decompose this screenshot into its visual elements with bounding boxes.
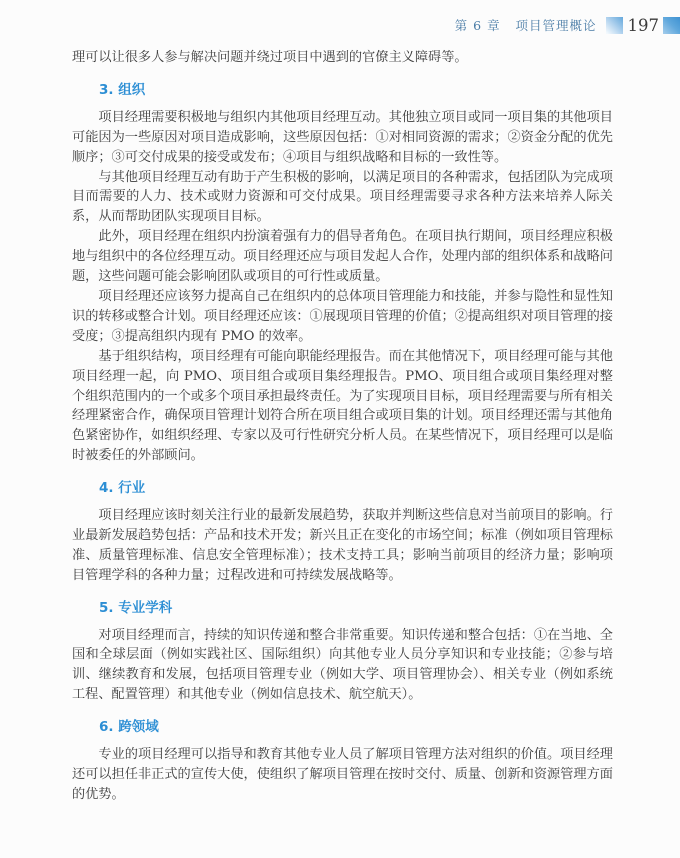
paragraph: 专业的项目经理可以指导和教育其他专业人员了解项目管理方法对组织的价值。项目经理还…	[72, 745, 613, 805]
section-heading-organization: 3. 组织	[72, 81, 613, 101]
paragraph: 与其他项目经理互动有助于产生积极的影响，以满足项目的各种需求，包括团队为完成项目…	[72, 168, 613, 228]
paragraph: 项目经理还应该努力提高自己在组织内的总体项目管理能力和技能，并参与隐性和显性知识…	[72, 287, 613, 347]
paragraph: 对项目经理而言，持续的知识传递和整合非常重要。知识传递和整合包括：①在当地、全国…	[72, 626, 613, 706]
paragraph: 基于组织结构，项目经理有可能向职能经理报告。而在其他情况下，项目经理可能与其他项…	[72, 347, 613, 466]
header-gradient-square-left-icon	[606, 17, 623, 34]
page-header: 第 6 章 项目管理概论 197	[0, 16, 680, 34]
chapter-title: 第 6 章 项目管理概论	[455, 16, 597, 34]
section-heading-industry: 4. 行业	[72, 479, 613, 499]
header-gradient-square-right-icon	[663, 17, 680, 34]
paragraph-continuation: 理可以让很多人参与解决问题并绕过项目中遇到的官僚主义障碍等。	[72, 48, 613, 68]
paragraph: 此外，项目经理在组织内扮演着强有力的倡导者角色。在项目执行期间，项目经理应积极地…	[72, 227, 613, 287]
page-number: 197	[628, 17, 660, 34]
body-content: 理可以让很多人参与解决问题并绕过项目中遇到的官僚主义障碍等。 3. 组织 项目经…	[72, 48, 613, 805]
paragraph: 项目经理需要积极地与组织内其他项目经理互动。其他独立项目或同一项目集的其他项目可…	[72, 108, 613, 168]
paragraph: 项目经理应该时刻关注行业的最新发展趋势，获取并判断这些信息对当前项目的影响。行业…	[72, 506, 613, 586]
section-heading-professional-discipline: 5. 专业学科	[72, 599, 613, 619]
section-heading-cross-domain: 6. 跨领域	[72, 718, 613, 738]
book-page: 第 6 章 项目管理概论 197 理可以让很多人参与解决问题并绕过项目中遇到的官…	[0, 0, 680, 858]
